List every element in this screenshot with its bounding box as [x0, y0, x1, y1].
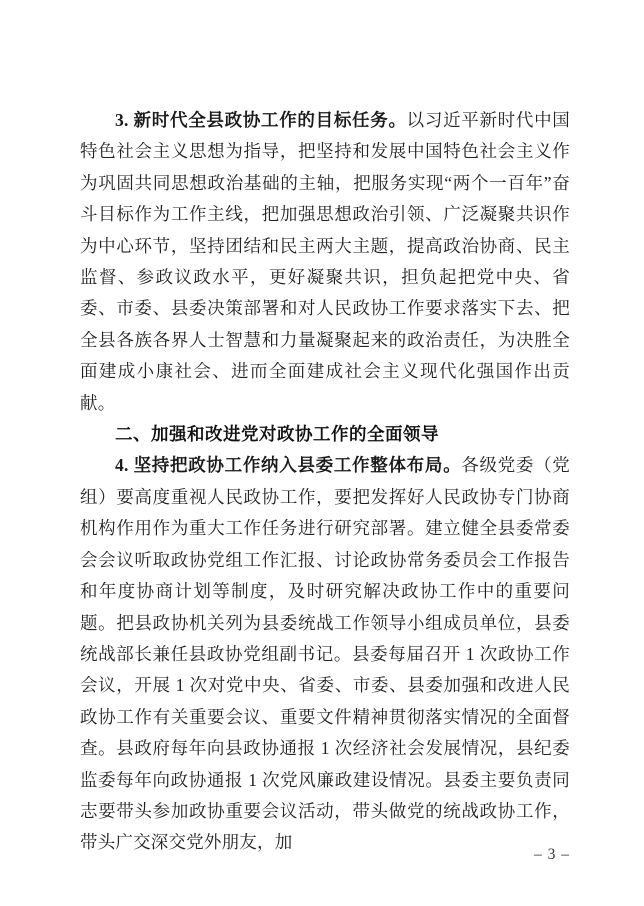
document-body: 3. 新时代全县政协工作的目标任务。以习近平新时代中国特色社会主义思想为指导，把…	[80, 105, 570, 859]
paragraph-4-lead: 4. 坚持把政协工作纳入县委工作整体布局。	[115, 455, 461, 475]
document-page: 3. 新时代全县政协工作的目标任务。以习近平新时代中国特色社会主义思想为指导，把…	[0, 0, 644, 906]
paragraph-3-lead: 3. 新时代全县政协工作的目标任务。	[115, 110, 407, 130]
paragraph-4-text: 各级党委（党组）要高度重视人民政协工作，要把发挥好人民政协专门协商机构作用作为重…	[80, 455, 570, 852]
paragraph-4: 4. 坚持把政协工作纳入县委工作整体布局。各级党委（党组）要高度重视人民政协工作…	[80, 450, 570, 858]
page-number: – 3 –	[534, 846, 570, 864]
paragraph-3: 3. 新时代全县政协工作的目标任务。以习近平新时代中国特色社会主义思想为指导，把…	[80, 105, 570, 419]
section-heading: 二、加强和改进党对政协工作的全面领导	[80, 419, 570, 450]
paragraph-3-text: 以习近平新时代中国特色社会主义思想为指导，把坚持和发展中国特色社会主义作为巩固共…	[80, 110, 570, 413]
